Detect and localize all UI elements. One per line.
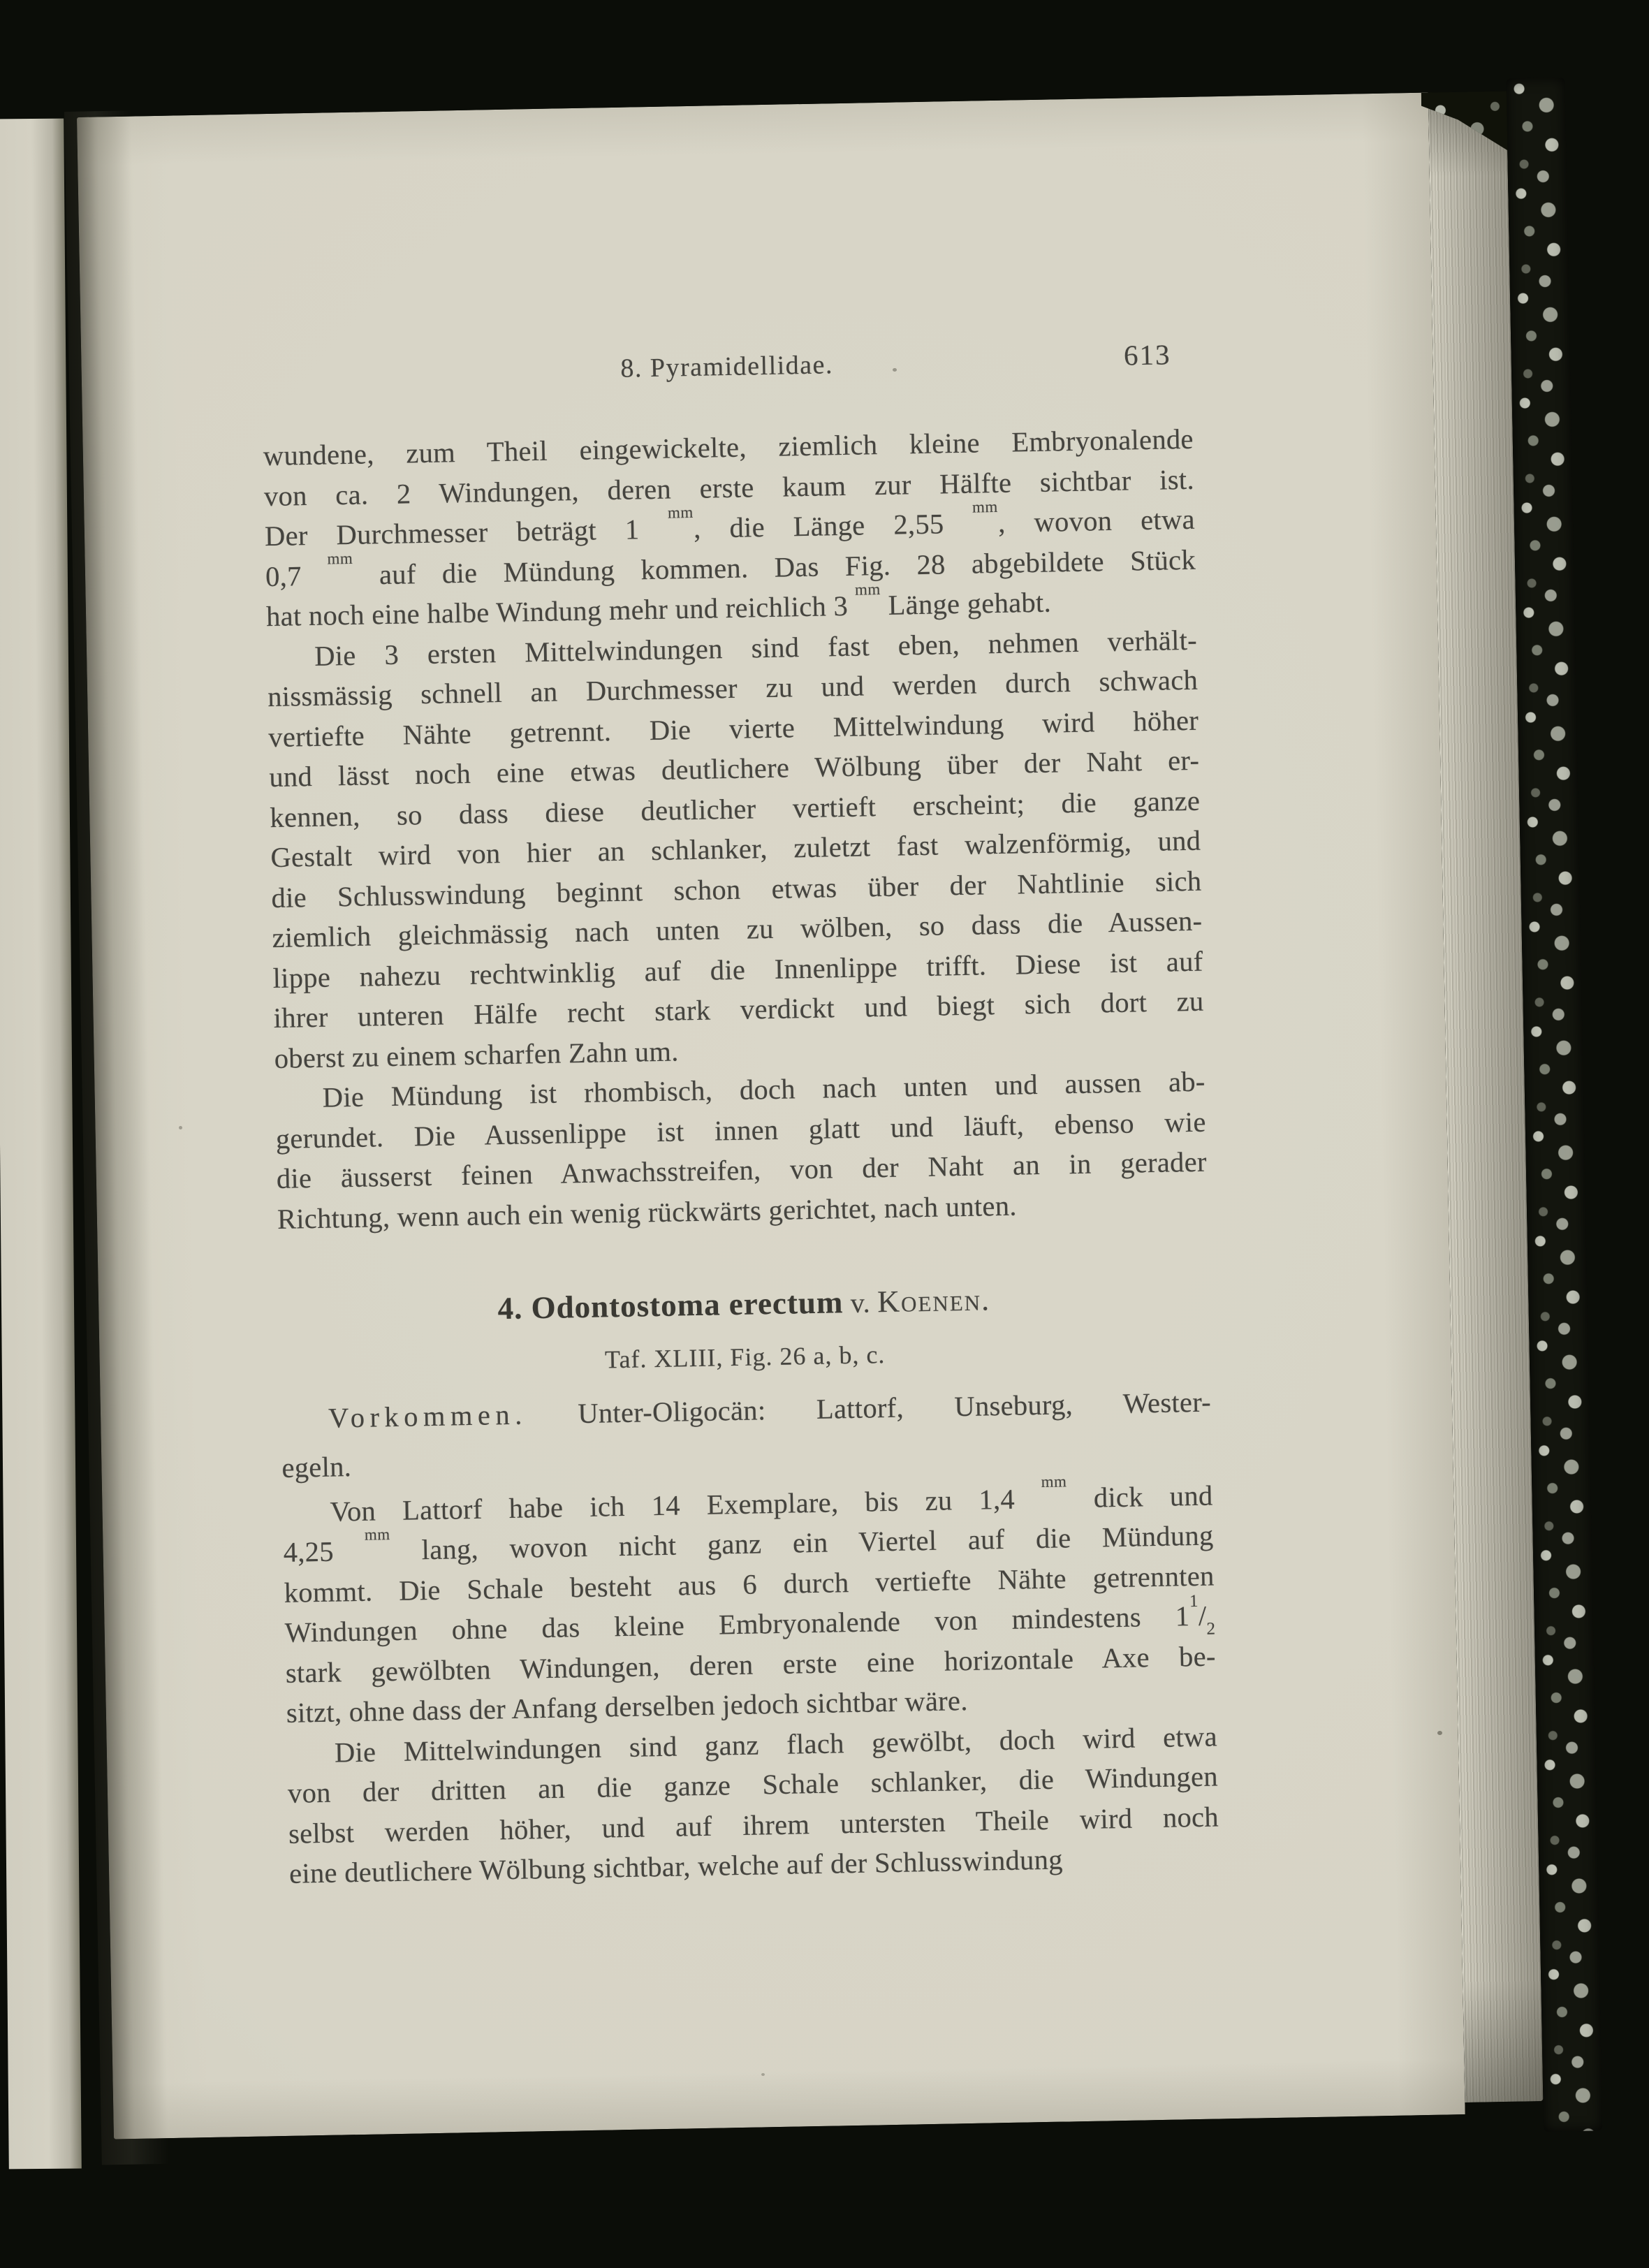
- plate-reference: Taf. XLIII, Fig. 26 a, b, c.: [279, 1329, 1210, 1387]
- paragraph: wundene, zum Theil eingewickelte, ziemli…: [263, 419, 1196, 637]
- page-number: 613: [1123, 335, 1171, 376]
- running-header-title: 8. Pyramidellidae.: [261, 339, 1192, 396]
- species-heading: 4. Odontostoma erectum v. Koenen.: [279, 1275, 1210, 1334]
- page-content: 8. Pyramidellidae. 613 wundene, zum Thei…: [261, 339, 1219, 1894]
- photo-backdrop: 8. Pyramidellidae. 613 wundene, zum Thei…: [0, 0, 1649, 2268]
- book: 8. Pyramidellidae. 613 wundene, zum Thei…: [77, 90, 1602, 2139]
- paragraph-vorkommen: Vorkommen. Unter-Oligocän: Lattorf, Unse…: [281, 1377, 1212, 1492]
- paragraph: Die 3 ersten Mittelwindungen sind fast e…: [267, 620, 1205, 1078]
- paragraph: Von Lattorf habe ich 14 Exemplare, bis z…: [282, 1475, 1217, 1733]
- species-section: 4. Odontostoma erectum v. Koenen. Taf. X…: [279, 1275, 1210, 1387]
- species-heading-name: 4. Odontostoma erectum: [497, 1285, 844, 1326]
- facing-page-edge: [0, 119, 82, 2170]
- species-heading-author: Koenen.: [877, 1282, 991, 1319]
- species-heading-connector: v.: [850, 1287, 870, 1319]
- paragraph: Die Mündung ist rhombisch, doch nach unt…: [274, 1062, 1208, 1239]
- page: 8. Pyramidellidae. 613 wundene, zum Thei…: [77, 93, 1465, 2139]
- paragraph: Die Mittelwindungen sind ganz flach gewö…: [286, 1716, 1219, 1894]
- running-header: 8. Pyramidellidae. 613: [261, 339, 1192, 396]
